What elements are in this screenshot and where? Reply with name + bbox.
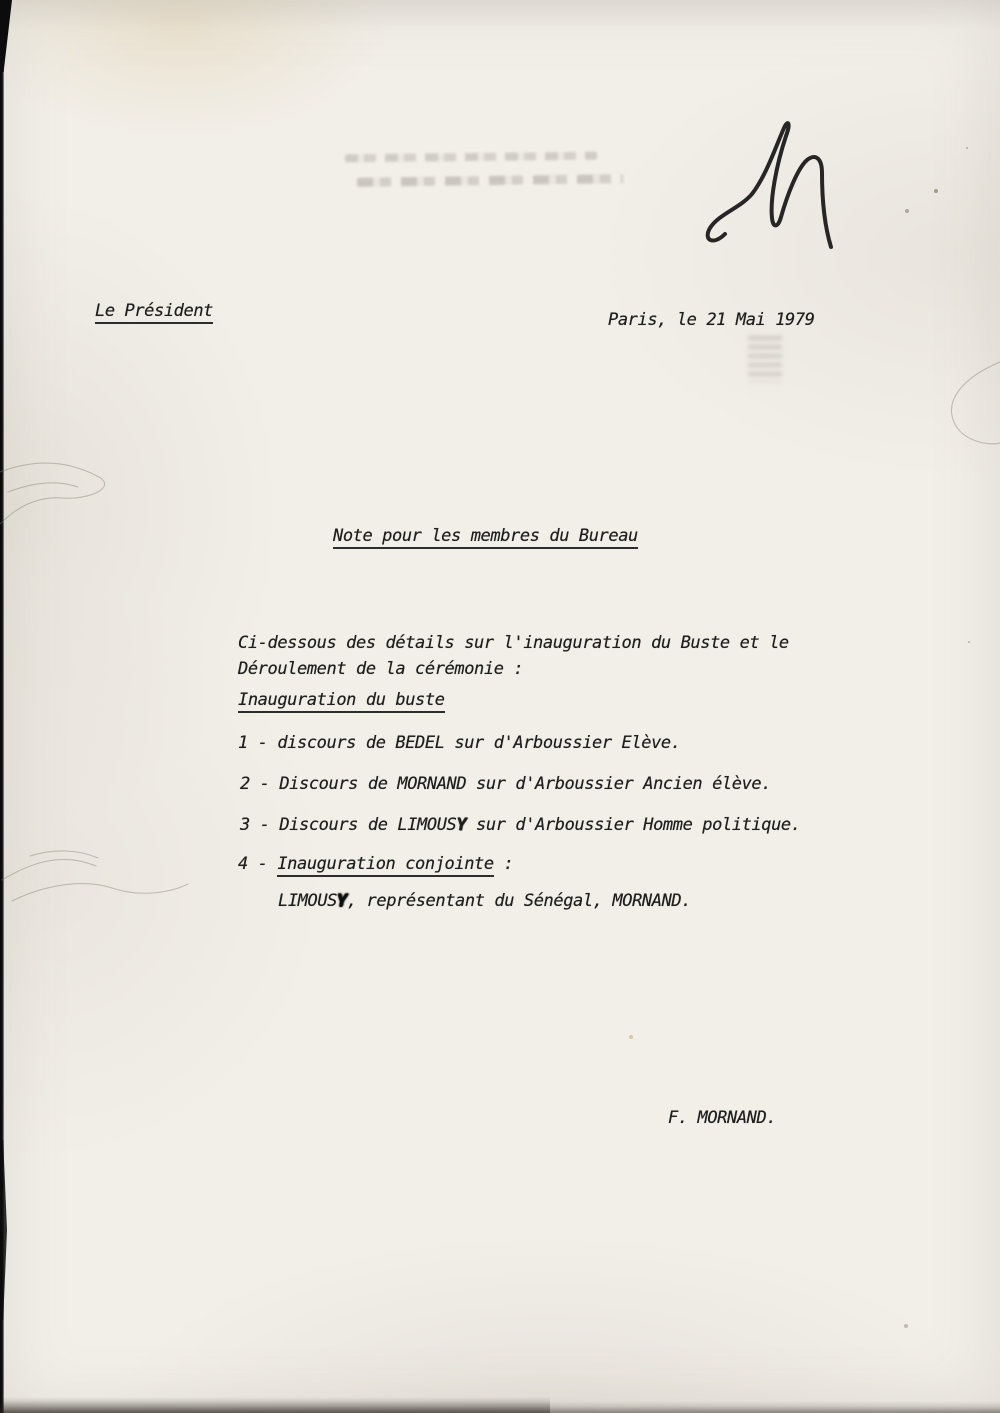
list-item-number: 4 - bbox=[238, 854, 277, 874]
list-item-detail: LIMOUSY, représentant du Sénégal, MORNAN… bbox=[278, 891, 691, 911]
scanned-document-page: Le Président Paris, le 21 Mai 1979 Note … bbox=[0, 0, 1000, 1413]
list-item-text: 3 - Discours de LIMOUS bbox=[240, 815, 456, 835]
ghost-bleedthrough-line bbox=[357, 174, 623, 187]
dateline: Paris, le 21 Mai 1979 bbox=[608, 310, 815, 330]
scan-edge-corner-wedge bbox=[0, 0, 12, 72]
ink-smudge bbox=[748, 336, 782, 382]
intro-paragraph: Ci-dessous des détails sur l'inauguratio… bbox=[238, 630, 789, 682]
document-title: Note pour les membres du Bureau bbox=[333, 526, 638, 549]
section-heading-text: Inauguration du buste bbox=[238, 690, 445, 713]
scan-edge-nick bbox=[0, 1140, 7, 1320]
handwritten-paraph-signature bbox=[695, 116, 870, 261]
overstruck-blotted-character: Y bbox=[337, 891, 347, 911]
ghost-bleedthrough-line bbox=[345, 152, 597, 163]
list-item-underlined: Inauguration conjointe bbox=[277, 854, 493, 877]
section-heading: Inauguration du buste bbox=[238, 690, 445, 713]
signature-name: F. MORNAND. bbox=[668, 1108, 776, 1128]
list-item: 2 - Discours de MORNAND sur d'Arboussier… bbox=[240, 774, 771, 794]
list-item-text: sur d'Arboussier Homme politique. bbox=[466, 815, 800, 835]
detail-text: LIMOUS bbox=[278, 891, 337, 911]
overstruck-character: Y bbox=[456, 815, 466, 835]
intro-line-1: Ci-dessous des détails sur l'inauguratio… bbox=[238, 633, 789, 653]
crease-marks bbox=[0, 0, 1000, 1413]
paper-texture bbox=[0, 0, 1000, 1413]
document-title-text: Note pour les membres du Bureau bbox=[333, 526, 638, 549]
list-item: 4 - Inauguration conjointe : bbox=[238, 854, 513, 877]
list-item: 1 - discours de BEDEL sur d'Arboussier E… bbox=[238, 733, 681, 753]
detail-text: , représentant du Sénégal, MORNAND. bbox=[347, 891, 691, 911]
sender-title-text: Le Président bbox=[95, 301, 213, 324]
intro-line-2: Déroulement de la cérémonie : bbox=[238, 659, 523, 679]
list-item: 3 - Discours de LIMOUSY sur d'Arboussier… bbox=[240, 815, 801, 835]
list-item-suffix: : bbox=[494, 854, 514, 874]
scan-edge-bottom-shadow bbox=[0, 1397, 550, 1413]
sender-title: Le Président bbox=[95, 301, 213, 324]
